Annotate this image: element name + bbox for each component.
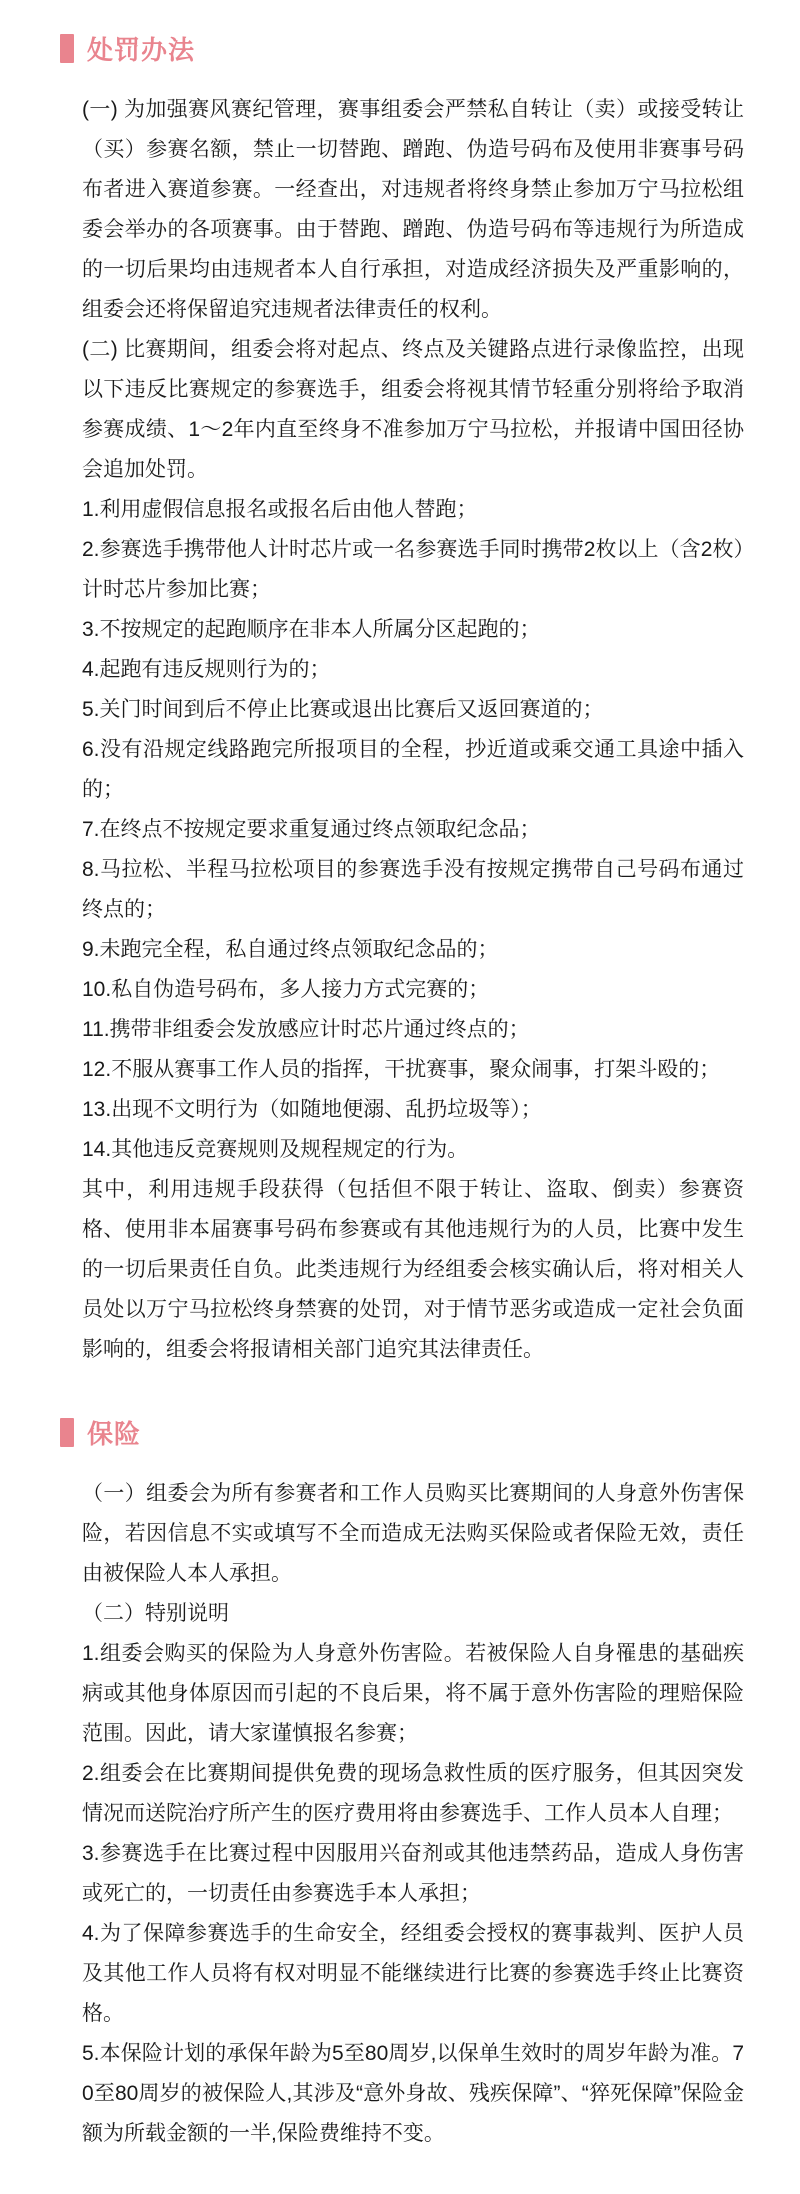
section-header: 处罚办法 (60, 30, 744, 67)
paragraph: 3.不按规定的起跑顺序在非本人所属分区起跑的； (82, 610, 744, 650)
paragraph: 2.组委会在比赛期间提供免费的现场急救性质的医疗服务，但其因突发情况而送院治疗所… (82, 1754, 744, 1834)
paragraph: (一) 为加强赛风赛纪管理，赛事组委会严禁私自转让（卖）或接受转让（买）参赛名额… (82, 90, 744, 330)
paragraph: 11.携带非组委会发放感应计时芯片通过终点的； (82, 1010, 744, 1050)
section-marker-bar (60, 1418, 74, 1447)
paragraph: 4.为了保障参赛选手的生命安全，经组委会授权的赛事裁判、医护人员及其他工作人员将… (82, 1914, 744, 2034)
paragraph: 12.不服从赛事工作人员的指挥，干扰赛事，聚众闹事，打架斗殴的； (82, 1050, 744, 1090)
paragraph: 10.私自伪造号码布，多人接力方式完赛的； (82, 970, 744, 1010)
paragraph: 8.马拉松、半程马拉松项目的参赛选手没有按规定携带自己号码布通过终点的； (82, 850, 744, 930)
paragraph: 6.没有沿规定线路跑完所报项目的全程，抄近道或乘交通工具途中插入的； (82, 730, 744, 810)
section-penalty-rules: 处罚办法(一) 为加强赛风赛纪管理，赛事组委会严禁私自转让（卖）或接受转让（买）… (60, 30, 744, 1370)
paragraph: 7.在终点不按规定要求重复通过终点领取纪念品； (82, 810, 744, 850)
paragraph: 1.组委会购买的保险为人身意外伤害险。若被保险人自身罹患的基础疾病或其他身体原因… (82, 1634, 744, 1754)
paragraph: 5.本保险计划的承保年龄为5至80周岁,以保单生效时的周岁年龄为准。70至80周… (82, 2034, 744, 2154)
section-title: 保险 (87, 1414, 141, 1451)
paragraph: 其中，利用违规手段获得（包括但不限于转让、盗取、倒卖）参赛资格、使用非本届赛事号… (82, 1170, 744, 1370)
paragraph: 13.出现不文明行为（如随地便溺、乱扔垃圾等）； (82, 1090, 744, 1130)
section-header: 保险 (60, 1414, 744, 1451)
paragraph: 3.参赛选手在比赛过程中因服用兴奋剂或其他违禁药品，造成人身伤害或死亡的，一切责… (82, 1834, 744, 1914)
paragraph: 2.参赛选手携带他人计时芯片或一名参赛选手同时携带2枚以上（含2枚）计时芯片参加… (82, 530, 744, 610)
section-insurance: 保险（一）组委会为所有参赛者和工作人员购买比赛期间的人身意外伤害保险，若因信息不… (60, 1414, 744, 2154)
paragraph: 5.关门时间到后不停止比赛或退出比赛后又返回赛道的； (82, 690, 744, 730)
paragraph: 14.其他违反竞赛规则及规程规定的行为。 (82, 1130, 744, 1170)
document-body: 处罚办法(一) 为加强赛风赛纪管理，赛事组委会严禁私自转让（卖）或接受转让（买）… (0, 0, 800, 2194)
paragraph: 4.起跑有违反规则行为的； (82, 650, 744, 690)
paragraph: 9.未跑完全程，私自通过终点领取纪念品的； (82, 930, 744, 970)
paragraph: （一）组委会为所有参赛者和工作人员购买比赛期间的人身意外伤害保险，若因信息不实或… (82, 1474, 744, 1594)
paragraph: (二) 比赛期间，组委会将对起点、终点及关键路点进行录像监控，出现以下违反比赛规… (82, 330, 744, 490)
section-marker-bar (60, 34, 74, 63)
paragraph: 1.利用虚假信息报名或报名后由他人替跑； (82, 490, 744, 530)
paragraph: （二）特别说明 (82, 1594, 744, 1634)
section-title: 处罚办法 (87, 30, 195, 67)
